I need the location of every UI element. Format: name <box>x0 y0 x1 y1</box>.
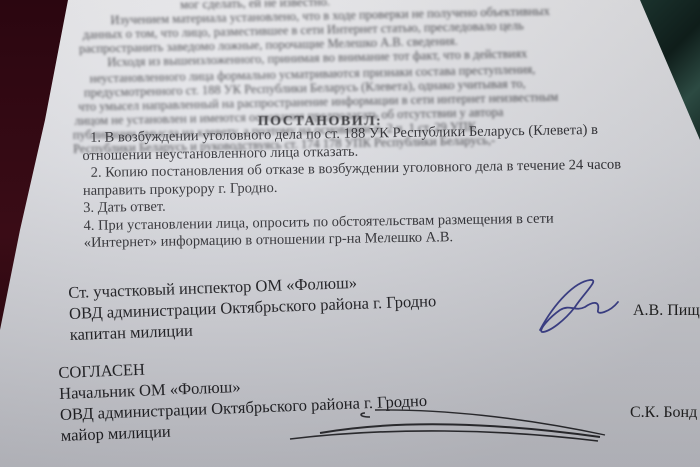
intro-text: мог сделать, ей не известно. Изучением м… <box>70 0 653 126</box>
signatory-2-block: СОГЛАСЕН Начальник ОМ «Фолюш» ОВД админи… <box>58 348 428 446</box>
document-page: мог сделать, ей не известно. Изучением м… <box>0 0 700 467</box>
signatory-2-name: С.К. Бонд <box>630 404 697 422</box>
signatory-1-name: А.В. Пищ <box>633 302 700 320</box>
signature-1-icon <box>530 272 640 342</box>
decree-items: 1. В возбуждении уголовного дела по ст. … <box>82 121 684 253</box>
signatory-1-block: Ст. участковый инспектор ОМ «Фолюш» ОВД … <box>68 269 437 345</box>
